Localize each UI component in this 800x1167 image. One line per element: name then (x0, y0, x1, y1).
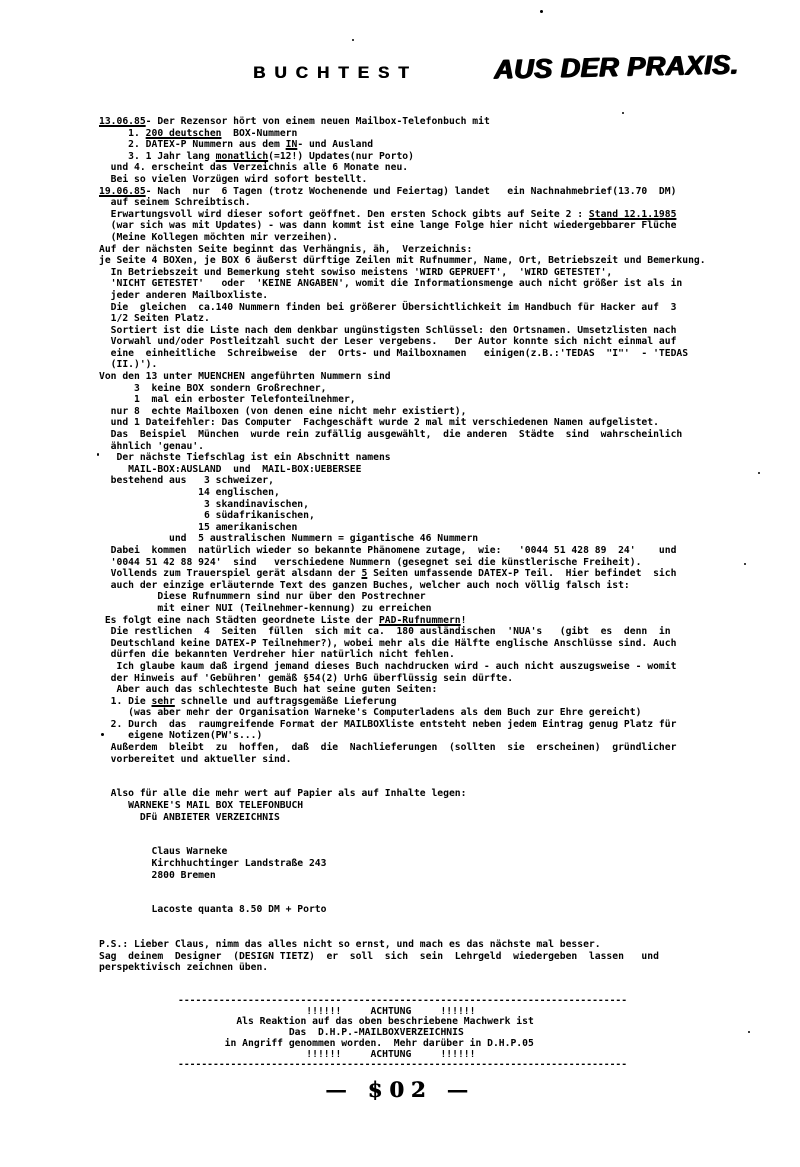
scan-noise-dot (540, 10, 543, 13)
column-title: BUCHTEST (253, 63, 418, 83)
scan-noise-dot (744, 563, 746, 565)
section-title: AUS DER PRAXIS. (494, 49, 739, 85)
scan-noise-dot (758, 472, 760, 474)
scan-noise-dot (97, 453, 99, 456)
page-number: — $02 — (0, 1077, 800, 1102)
scan-noise-dot (748, 1031, 750, 1033)
article-body: 13.06.85- Der Rezensor hört von einem ne… (99, 116, 706, 974)
notice-box: ----------------------------------------… (178, 996, 627, 1071)
scan-noise-dot (622, 112, 624, 114)
scan-noise-dot (101, 733, 104, 736)
scanned-page: BUCHTEST AUS DER PRAXIS. 13.06.85- Der R… (0, 0, 800, 1167)
scan-noise-dot (352, 39, 354, 41)
